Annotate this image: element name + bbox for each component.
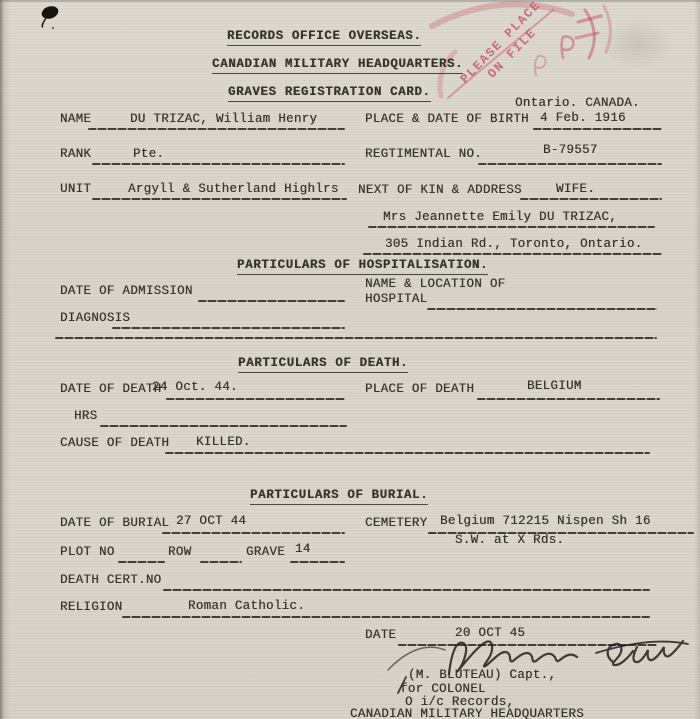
death-heading: PARTICULARS OF DEATH.: [238, 356, 408, 373]
next-of-kin-underline: [520, 198, 662, 200]
please-place-on-file-stamp: PLEASE PLACE ON FILE: [457, 0, 556, 98]
row-label: ROW: [168, 545, 191, 559]
next-of-kin-name-underline: [368, 226, 655, 228]
unit-label: UNIT: [60, 182, 91, 196]
name-underline: [88, 128, 345, 130]
footer-date-underline: [398, 644, 657, 646]
birth-value: 4 Feb. 1916: [540, 111, 626, 125]
next-of-kin-name: Mrs Jeannette Emily DU TRIZAC,: [383, 210, 617, 224]
death-place-label: PLACE OF DEATH: [365, 382, 474, 396]
header-card-title: GRAVES REGISTRATION CARD.: [228, 85, 431, 102]
hospital-underline: [427, 308, 657, 310]
death-cause-label: CAUSE OF DEATH: [60, 436, 169, 450]
next-of-kin-value: WIFE.: [556, 182, 595, 196]
hrs-underline: [100, 425, 347, 427]
paper-smudge: [588, 8, 688, 80]
signatory-name: (M. BLUTEAU) Capt.,: [408, 668, 556, 682]
header-records-office: RECORDS OFFICE OVERSEAS.: [227, 29, 421, 46]
unit-underline: [92, 198, 347, 200]
grave-label: GRAVE: [246, 545, 285, 559]
burial-date-label: DATE OF BURIAL: [60, 516, 169, 530]
next-of-kin-address-underline: [363, 253, 662, 255]
hospital-label-line2: HOSPITAL: [365, 292, 427, 306]
religion-value: Roman Catholic.: [188, 599, 305, 613]
plot-label: PLOT NO: [60, 545, 115, 559]
death-place-underline: [477, 398, 660, 400]
religion-label: RELIGION: [60, 600, 122, 614]
hospitalisation-heading: PARTICULARS OF HOSPITALISATION.: [237, 258, 488, 275]
cemetery-value-line2: S.W. at X Rds.: [455, 533, 564, 547]
regimental-value: B-79557: [543, 143, 598, 157]
header-cmhq: CANADIAN MILITARY HEADQUARTERS.: [212, 57, 463, 74]
admission-underline: [198, 300, 345, 302]
scan-edge-top: [0, 0, 700, 2]
birth-region: Ontario. CANADA.: [515, 96, 640, 110]
rank-underline: [92, 163, 345, 165]
cemetery-value: Belgium 712215 Nispen Sh 16: [440, 514, 651, 528]
burial-heading: PARTICULARS OF BURIAL.: [250, 488, 428, 505]
for-colonel: for COLONEL: [400, 682, 486, 696]
religion-underline: [122, 616, 650, 618]
name-value: DU TRIZAC, William Henry: [130, 112, 317, 126]
scan-edge-right: [694, 0, 700, 719]
death-date-label: DATE OF DEATH: [60, 382, 161, 396]
row-underline: [200, 561, 242, 563]
regimental-underline: [478, 163, 662, 165]
plot-underline: [118, 561, 165, 563]
next-of-kin-label: NEXT OF KIN & ADDRESS: [358, 183, 522, 197]
diagnosis-underline: [112, 327, 345, 329]
footer-date-value: 20 OCT 45: [455, 626, 525, 640]
diagnosis-label: DIAGNOSIS: [60, 311, 130, 325]
death-place-value: BELGIUM: [527, 379, 582, 393]
death-date-value: 24 Oct. 44.: [152, 380, 238, 394]
rank-value: Pte.: [133, 147, 164, 161]
rank-label: RANK: [60, 147, 91, 161]
graves-registration-card: PLEASE PLACE ON FILE RECORDS OFFICE OVER…: [0, 0, 700, 719]
burial-date-value: 27 OCT 44: [176, 514, 246, 528]
section-separator-line: [55, 337, 657, 339]
birth-label: PLACE & DATE OF BIRTH: [365, 112, 529, 126]
grave-underline: [290, 561, 345, 563]
regimental-label: REGTIMENTAL NO.: [365, 147, 482, 161]
hospital-label-line1: NAME & LOCATION OF: [365, 277, 505, 291]
burial-date-underline: [162, 532, 345, 534]
footer-hq: CANADIAN MILITARY HEADQUARTERS: [350, 707, 584, 719]
name-label: NAME: [60, 112, 91, 126]
death-cause-underline: [165, 452, 650, 454]
hrs-label: HRS: [74, 409, 97, 423]
next-of-kin-address: 305 Indian Rd., Toronto, Ontario.: [385, 237, 642, 251]
cemetery-label: CEMETERY: [365, 516, 427, 530]
death-cert-underline: [163, 589, 650, 591]
scan-edge-left: [0, 0, 10, 719]
death-cause-value: KILLED.: [196, 435, 251, 449]
ink-blot: [0, 0, 120, 50]
birth-underline: [533, 128, 662, 130]
grave-value: 14: [295, 542, 311, 556]
death-date-underline: [166, 398, 345, 400]
unit-value: Argyll & Sutherland Highlrs: [128, 182, 339, 196]
admission-label: DATE OF ADMISSION: [60, 284, 193, 298]
death-cert-label: DEATH CERT.NO: [60, 573, 161, 587]
footer-date-label: DATE: [365, 628, 396, 642]
